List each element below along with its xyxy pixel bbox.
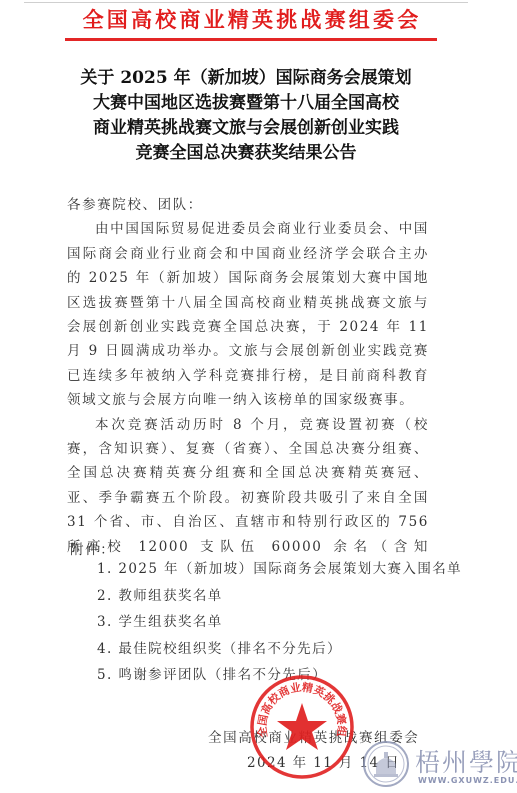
document-body: 各参赛院校、团队： 由中国国际贸易促进委员会商业行业委员会、中国国际商会商业行业…: [67, 193, 429, 559]
title-line-1: 关于 2025 年（新加坡）国际商务会展策划: [60, 66, 432, 91]
paragraph-1: 由中国国际贸易促进委员会商业行业委员会、中国国际商会商业行业商会和中国商业经济学…: [67, 217, 429, 412]
title-line-2: 大赛中国地区选拔赛暨第十八届全国高校: [60, 91, 432, 116]
attachment-item: 4. 最佳院校组织奖（排名不分先后）: [97, 636, 462, 663]
attachments-list: 1. 2025 年（新加坡）国际商务会展策划大赛入围名单 2. 教师组获奖名单 …: [97, 556, 462, 689]
salutation: 各参赛院校、团队：: [67, 193, 429, 217]
organization-header: 全国高校商业精英挑战赛组委会: [66, 7, 438, 33]
title-line-4: 竞赛全国总决赛获奖结果公告: [60, 141, 432, 166]
red-header-rule: [65, 38, 437, 41]
watermark-url: WWW.GXUWZ.EDU.CN: [418, 776, 517, 785]
official-seal-icon: 全国高校商业精英挑战赛组委会: [248, 673, 356, 781]
attachment-item: 2. 教师组获奖名单: [97, 583, 462, 610]
top-divider: [24, 2, 468, 3]
attachment-item: 3. 学生组获奖名单: [97, 609, 462, 636]
paragraph-2: 本次竞赛活动历时 8 个月，竞赛设置初赛（校赛，含知识赛）、复赛（省赛）、全国总…: [67, 413, 429, 559]
title-line-3: 商业精英挑战赛文旅与会展创新创业实践: [60, 116, 432, 141]
attachments-label: 附件：: [70, 538, 115, 558]
document-title: 关于 2025 年（新加坡）国际商务会展策划 大赛中国地区选拔赛暨第十八届全国高…: [60, 66, 432, 166]
university-logo-icon: [362, 740, 410, 788]
watermark-university-name: 梧州學院: [415, 743, 517, 779]
attachment-item: 1. 2025 年（新加坡）国际商务会展策划大赛入围名单: [97, 556, 462, 583]
